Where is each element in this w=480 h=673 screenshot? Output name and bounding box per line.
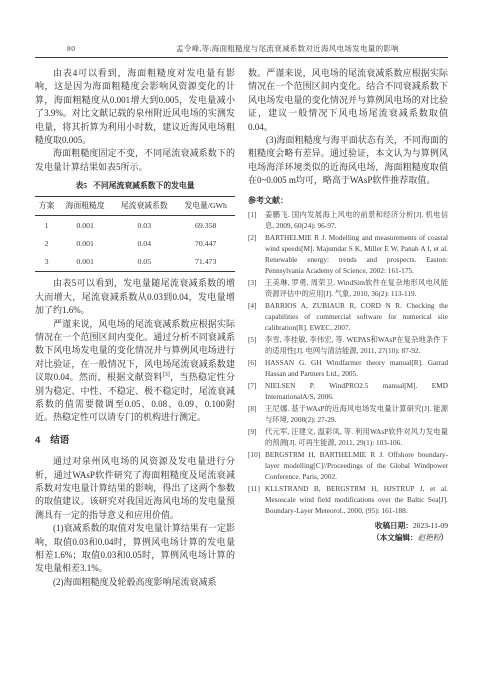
paragraph: (1)衰减系数的取值对发电量计算结果有一定影响，取值0.03和0.04时，算例风… — [35, 522, 235, 576]
page-number: 80 — [35, 44, 127, 54]
table-row: 3 0.001 0.05 71.473 — [35, 253, 235, 272]
reference-number: [10] — [248, 450, 265, 482]
paragraph: 通过对泉州风电场的风资源及发电量进行分析，通过WAsP软件研究了海面粗糙度及尾流… — [35, 455, 235, 522]
body-columns: 由表4可以看到，海面粗糙度对发电量有影响，这是因为海面粗糙度会影响风资源变化的计… — [35, 67, 448, 589]
left-column: 由表4可以看到，海面粗糙度对发电量有影响，这是因为海面粗糙度会影响风资源变化的计… — [35, 67, 235, 589]
reference-number: [7] — [248, 381, 265, 403]
table-cell: 0.001 — [58, 216, 112, 235]
paragraph: (2)海面粗糙度及轮毂高度影响尾流衰减系 — [35, 576, 235, 589]
section-number: 4 — [35, 435, 40, 446]
header-rule — [35, 57, 448, 58]
table-cell: 71.473 — [176, 253, 235, 272]
reference-text: 王美琳, 罗勇, 周荣卫. WindSim软件在复杂地形风电风能资源评估中的应用… — [265, 278, 448, 300]
reference-text: BERGSTRM H, BARTHELMIE R J. Offshore bou… — [265, 450, 448, 482]
table-caption-label: 表5 — [75, 181, 87, 190]
reference-number: [8] — [248, 404, 265, 426]
right-column: 数。严谨来说，风电场的尾流衰减系数应根据实际情况在一个范围区间内变化。结合不同衰… — [248, 67, 448, 589]
paragraph: 由表5可以看到，发电量随尾流衰减系数的增大而增大，尾流衰减系数从0.03到0.0… — [35, 277, 235, 317]
reference-item: [11] KLLSTRAND B, BERGSTRM H, HJSTRUP J,… — [248, 484, 448, 516]
table-cell: 0.04 — [112, 234, 176, 252]
reference-item: [6] HASSAN G. GH Windfarmer theory manua… — [248, 358, 448, 380]
reference-item: [5] 李雪, 李桂敏, 李伟宏, 等. WEPAS和WAsP在复杂地条件下的适… — [248, 335, 448, 357]
reference-text: KLLSTRAND B, BERGSTRM H, HJSTRUP J, et a… — [265, 484, 448, 516]
table-cell: 69.358 — [176, 216, 235, 235]
paragraph: 海面粗糙度固定不变，不同尾流衰减系数下的发电量计算结果如表5所示。 — [35, 147, 235, 174]
reference-number: [1] — [248, 210, 265, 232]
editor-note-close: ） — [440, 533, 448, 542]
table-cell: 1 — [35, 216, 58, 235]
paragraph: 数。严谨来说，风电场的尾流衰减系数应根据实际情况在一个范围区间内变化。结合不同衰… — [248, 67, 448, 134]
paragraph: (3)海面粗糙度与海平面状态有关，不同海面的粗糙度会略有差异。通过验证，本文认为… — [248, 134, 448, 188]
reference-text: 代元军, 汪建文, 温彩凤, 等. 利用WAsP软件对风力发电量的预测[J]. … — [265, 427, 448, 449]
table-cell: 0.001 — [58, 234, 112, 252]
editor-name: 赵艳粉 — [418, 533, 441, 542]
paper-page: 80 孟令峰,等:海面粗糙度与尾流衰减系数对近海风电场发电量的影响 由表4可以看… — [0, 0, 480, 673]
table-row: 2 0.001 0.04 70.447 — [35, 234, 235, 252]
table-caption: 表5不同尾流衰减系数下的发电量 — [35, 179, 235, 192]
table-caption-title: 不同尾流衰减系数下的发电量 — [93, 181, 194, 190]
page-header: 80 孟令峰,等:海面粗糙度与尾流衰减系数对近海风电场发电量的影响 — [35, 44, 448, 54]
paragraph: 严谨来说，风电场的尾流衰减系数应根据实际情况在一个范围区间内变化。通过分析不同衰… — [35, 318, 235, 425]
reference-number: [4] — [248, 301, 265, 333]
table-cell: 0.001 — [58, 253, 112, 272]
reference-item: [3] 王美琳, 罗勇, 周荣卫. WindSim软件在复杂地形风电风能资源评估… — [248, 278, 448, 300]
received-date-line: 收稿日期：2023-11-09 — [248, 520, 448, 532]
reference-number: [11] — [248, 484, 265, 516]
references-heading: 参考文献： — [248, 194, 448, 207]
table-cell: 70.447 — [176, 234, 235, 252]
reference-item: [8] 王尼娜. 基于WAsP的近海风电场发电量计算研究[J]. 能源与环境, … — [248, 404, 448, 426]
reference-item: [2] BARTHELMIE R J. Modelling and measur… — [248, 233, 448, 276]
reference-number: [6] — [248, 358, 265, 380]
editor-note-label: （本文编辑： — [372, 533, 418, 542]
table-header-cell: 海面粗糙度 — [58, 196, 112, 215]
section-title: 结语 — [50, 435, 69, 446]
table-row: 1 0.001 0.03 69.358 — [35, 216, 235, 235]
editor-note: （本文编辑：赵艳粉） — [248, 532, 448, 544]
paragraph: 由表4可以看到，海面粗糙度对发电量有影响，这是因为海面粗糙度会影响风资源变化的计… — [35, 67, 235, 147]
reference-item: [9] 代元军, 汪建文, 温彩凤, 等. 利用WAsP软件对风力发电量的预测[… — [248, 427, 448, 449]
citation-marker: [3] — [163, 372, 170, 378]
reference-text: NIELSEN P. WindPRO2.5 manual[M]. EMD Int… — [265, 381, 448, 403]
table-header-cell: 方案 — [35, 196, 58, 215]
table-cell: 2 — [35, 234, 58, 252]
reference-number: [2] — [248, 233, 265, 276]
reference-number: [9] — [248, 427, 265, 449]
reference-text: 姜鹏飞. 国内发展海上风电的前景和经济分析[J]. 机电信息, 2009, 60… — [265, 210, 448, 232]
reference-number: [5] — [248, 335, 265, 357]
received-date-value: 2023-11-09 — [413, 521, 448, 530]
table-head: 方案 海面粗糙度 尾流衰减系数 发电量/GWh — [35, 196, 235, 215]
wake-decay-table: 方案 海面粗糙度 尾流衰减系数 发电量/GWh 1 0.001 0.03 69.… — [35, 196, 235, 273]
reference-text: 王尼娜. 基于WAsP的近海风电场发电量计算研究[J]. 能源与环境, 2008… — [265, 404, 448, 426]
table-cell: 0.05 — [112, 253, 176, 272]
reference-text: HASSAN G. GH Windfarmer theory manual[R]… — [265, 358, 448, 380]
reference-text: 李雪, 李桂敏, 李伟宏, 等. WEPAS和WAsP在复杂地条件下的适用性[J… — [265, 335, 448, 357]
table-header-row: 方案 海面粗糙度 尾流衰减系数 发电量/GWh — [35, 196, 235, 215]
reference-number: [3] — [248, 278, 265, 300]
table-cell: 3 — [35, 253, 58, 272]
reference-item: [1] 姜鹏飞. 国内发展海上风电的前景和经济分析[J]. 机电信息, 2009… — [248, 210, 448, 232]
section-heading: 4结语 — [35, 434, 235, 447]
running-title: 孟令峰,等:海面粗糙度与尾流衰减系数对近海风电场发电量的影响 — [127, 44, 448, 54]
table-body: 1 0.001 0.03 69.358 2 0.001 0.04 70.447 … — [35, 216, 235, 272]
received-date-label: 收稿日期： — [375, 521, 413, 530]
reference-item: [10] BERGSTRM H, BARTHELMIE R J. Offshor… — [248, 450, 448, 482]
table-header-cell: 尾流衰减系数 — [112, 196, 176, 215]
reference-item: [7] NIELSEN P. WindPRO2.5 manual[M]. EMD… — [248, 381, 448, 403]
reference-text: BARRIOS A, ZUBIAUR R, CORD N R. Checking… — [265, 301, 448, 333]
reference-item: [4] BARRIOS A, ZUBIAUR R, CORD N R. Chec… — [248, 301, 448, 333]
reference-text: BARTHELMIE R J. Modelling and measuremen… — [265, 233, 448, 276]
table-header-cell: 发电量/GWh — [176, 196, 235, 215]
references-list: [1] 姜鹏飞. 国内发展海上风电的前景和经济分析[J]. 机电信息, 2009… — [248, 210, 448, 517]
table-cell: 0.03 — [112, 216, 176, 235]
